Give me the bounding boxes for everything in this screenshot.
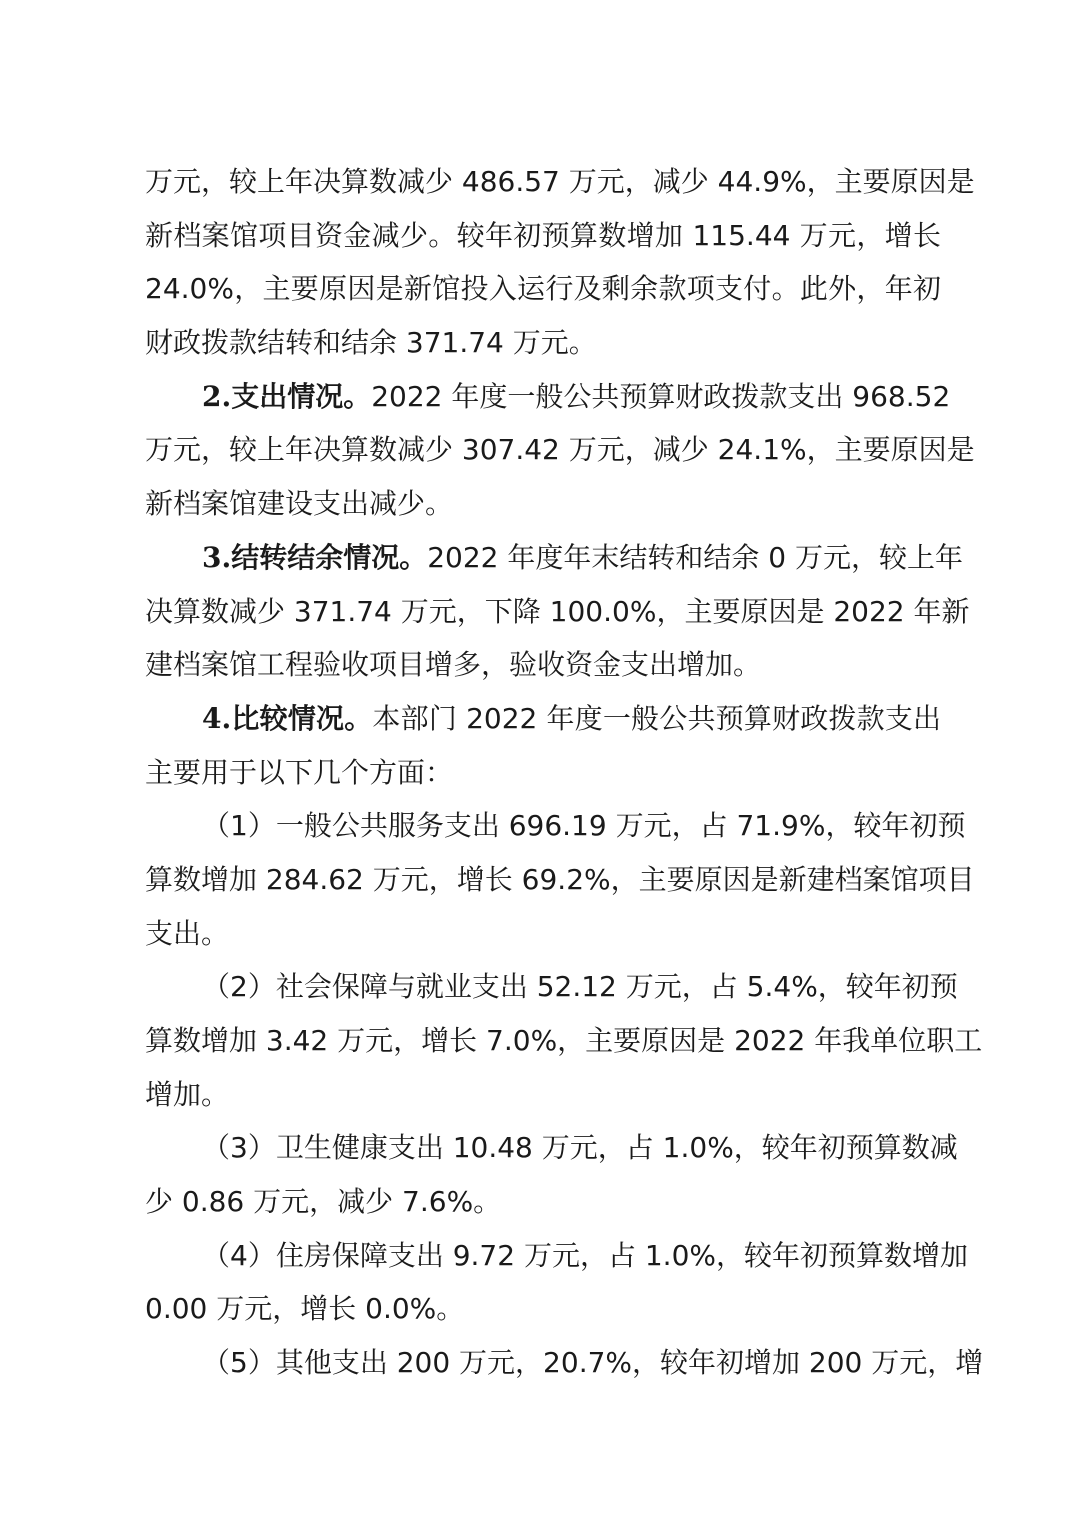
text-line: （2）社会保障与就业支出 52.12 万元，占 5.4%，较年初预 bbox=[145, 960, 941, 1014]
text-run: 2022 年度年末结转和结余 0 万元，较上年 bbox=[427, 541, 963, 574]
text-line: 算数增加 284.62 万元，增长 69.2%，主要原因是新建档案馆项目 bbox=[145, 853, 941, 907]
text-line: 3.结转结余情况。2022 年度年末结转和结余 0 万元，较上年 bbox=[145, 531, 941, 585]
text-run: 本部门 2022 年度一般公共预算财政拨款支出 bbox=[372, 702, 941, 735]
list-item-social-security: （2）社会保障与就业支出 52.12 万元，占 5.4%，较年初预 算数增加 3… bbox=[145, 960, 941, 1121]
text-line: 万元，较上年决算数减少 307.42 万元，减少 24.1%，主要原因是 bbox=[145, 423, 941, 477]
list-item-housing: （4）住房保障支出 9.72 万元，占 1.0%，较年初预算数增加 0.00 万… bbox=[145, 1229, 941, 1336]
text-line: （3）卫生健康支出 10.48 万元，占 1.0%，较年初预算数减 bbox=[145, 1121, 941, 1175]
paragraph-income-continuation: 万元，较上年决算数减少 486.57 万元，减少 44.9%，主要原因是 新档案… bbox=[145, 155, 941, 370]
text-line: （5）其他支出 200 万元，20.7%，较年初增加 200 万元，增 bbox=[145, 1336, 941, 1390]
text-line: 增加。 bbox=[145, 1068, 941, 1122]
text-line: 2.支出情况。2022 年度一般公共预算财政拨款支出 968.52 bbox=[145, 370, 941, 424]
text-line: （4）住房保障支出 9.72 万元，占 1.0%，较年初预算数增加 bbox=[145, 1229, 941, 1283]
text-line: 算数增加 3.42 万元，增长 7.0%，主要原因是 2022 年我单位职工 bbox=[145, 1014, 941, 1068]
text-line: 支出。 bbox=[145, 907, 941, 961]
text-line: 24.0%，主要原因是新馆投入运行及剩余款项支付。此外，年初 bbox=[145, 262, 941, 316]
text-line: 少 0.86 万元，减少 7.6%。 bbox=[145, 1175, 941, 1229]
paragraph-carryover: 3.结转结余情况。2022 年度年末结转和结余 0 万元，较上年 决算数减少 3… bbox=[145, 531, 941, 692]
list-item-other-expenditure: （5）其他支出 200 万元，20.7%，较年初增加 200 万元，增 bbox=[145, 1336, 941, 1390]
text-line: 财政拨款结转和结余 371.74 万元。 bbox=[145, 316, 941, 370]
text-line: 4.比较情况。本部门 2022 年度一般公共预算财政拨款支出 bbox=[145, 692, 941, 746]
text-line: （1）一般公共服务支出 696.19 万元，占 71.9%，较年初预 bbox=[145, 799, 941, 853]
text-line: 新档案馆建设支出减少。 bbox=[145, 477, 941, 531]
text-run: 2022 年度一般公共预算财政拨款支出 968.52 bbox=[371, 380, 950, 413]
list-item-health: （3）卫生健康支出 10.48 万元，占 1.0%，较年初预算数减 少 0.86… bbox=[145, 1121, 941, 1228]
text-line: 新档案馆项目资金减少。较年初预算数增加 115.44 万元，增长 bbox=[145, 209, 941, 263]
paragraph-expenditure: 2.支出情况。2022 年度一般公共预算财政拨款支出 968.52 万元，较上年… bbox=[145, 370, 941, 531]
list-item-general-public-services: （1）一般公共服务支出 696.19 万元，占 71.9%，较年初预 算数增加 … bbox=[145, 799, 941, 960]
document-page: 万元，较上年决算数减少 486.57 万元，减少 44.9%，主要原因是 新档案… bbox=[145, 155, 941, 1390]
text-line: 万元，较上年决算数减少 486.57 万元，减少 44.9%，主要原因是 bbox=[145, 155, 941, 209]
text-line: 主要用于以下几个方面： bbox=[145, 746, 941, 800]
text-line: 0.00 万元，增长 0.0%。 bbox=[145, 1282, 941, 1336]
paragraph-comparison: 4.比较情况。本部门 2022 年度一般公共预算财政拨款支出 主要用于以下几个方… bbox=[145, 692, 941, 799]
section-heading-carryover: 3.结转结余情况。 bbox=[202, 541, 427, 574]
text-line: 建档案馆工程验收项目增多，验收资金支出增加。 bbox=[145, 638, 941, 692]
section-heading-comparison: 4.比较情况。 bbox=[202, 702, 372, 735]
text-line: 决算数减少 371.74 万元，下降 100.0%，主要原因是 2022 年新 bbox=[145, 585, 941, 639]
section-heading-expenditure: 2.支出情况。 bbox=[202, 380, 371, 413]
